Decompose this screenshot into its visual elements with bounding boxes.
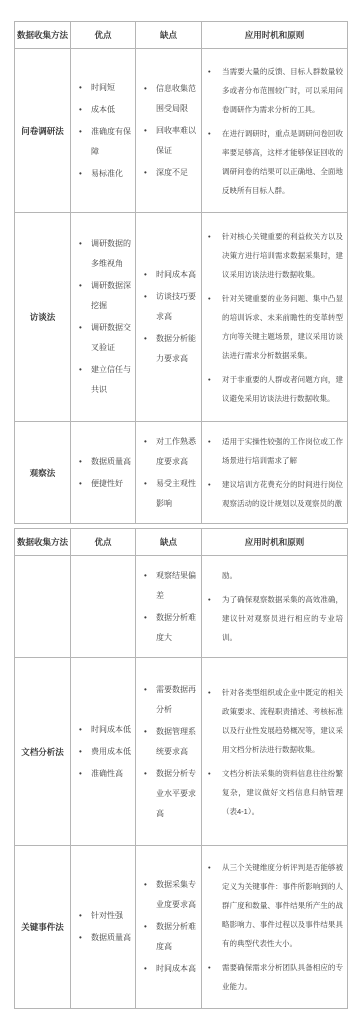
- con-text: 数据采集专业度要求高: [156, 875, 198, 915]
- notes-cell: •针对核心关键重要的利益攸关方以及决策方进行培训需求数据采集时，建议采用访谈法进…: [202, 213, 348, 422]
- table2-header-row: 数据收集方法 优点 缺点 应用时机和原则: [15, 529, 348, 556]
- pros-cell: •调研数据的多维视角 •调研数据深挖掘 •调研数据交叉验证 •建立信任与共识: [71, 213, 136, 422]
- con-text: 数据分析专业水平要求高: [156, 764, 198, 824]
- note-text: 适用于实操性较强的工作岗位或工作场景进行培训需求了解: [222, 432, 343, 470]
- table-row-observation-continued: •观察结果偏差 •数据分析难度大 励。 •为了确保观察数据采集的高效准确，建议针…: [15, 556, 348, 658]
- note-item: •针对关键重要的业务问题、集中凸显的培训诉求、未来前瞻性的变革转型方向等关键主题…: [208, 289, 343, 365]
- cons-cell: •需要数据再分析 •数据管理系统要求高 •数据分析专业水平要求高: [136, 658, 202, 846]
- bullet-icon: •: [79, 78, 91, 98]
- bullet-icon: •: [79, 318, 91, 338]
- table-row-interview-method: 访谈法 •调研数据的多维视角 •调研数据深挖掘 •调研数据交叉验证 •建立信任与…: [15, 213, 348, 422]
- cons-cell: •时间成本高 •访谈技巧要求高 •数据分析能力要求高: [136, 213, 202, 422]
- method-name: 问卷调研法: [21, 126, 64, 136]
- bullet-icon: •: [208, 432, 222, 451]
- pro-text: 建立信任与共识: [91, 360, 132, 400]
- bullet-icon: •: [208, 590, 222, 609]
- bullet-icon: •: [79, 928, 91, 948]
- cons-cell: •信息收集范围受局限 •回收率难以保证 •深度不足: [136, 49, 202, 213]
- list-item: •数据分析专业水平要求高: [144, 764, 198, 824]
- con-text: 信息收集范围受局限: [156, 79, 198, 119]
- note-item: •为了确保观察数据采集的高效准确，建议针对观察员进行相应的专业培训。: [208, 590, 343, 647]
- list-item: •准确度有保障: [79, 122, 132, 162]
- list-item: •回收率难以保证: [144, 121, 198, 161]
- list-item: •调研数据交叉验证: [79, 318, 132, 358]
- cons-cell: •对工作熟悉度要求高 •易受主观性影响: [136, 422, 202, 524]
- bullet-icon: •: [208, 475, 222, 494]
- bullet-icon: •: [208, 289, 222, 308]
- notes-cell: •针对各类型组织或企业中既定的相关政策要求、流程职责描述、考核标准以及行业性发展…: [202, 658, 348, 846]
- method-cell: 关键事件法: [15, 846, 71, 1009]
- list-item: •易受主观性影响: [144, 474, 198, 514]
- note-continuation: 励。: [208, 566, 343, 585]
- method-name: 观察法: [30, 468, 56, 478]
- bullet-icon: •: [144, 680, 156, 700]
- bullet-icon: •: [144, 474, 156, 494]
- note-text: 文档分析法采集的资料信息往往纷繁复杂，建议做好文档信息归纳管理（表4-1）。: [222, 764, 343, 821]
- bullet-icon: •: [144, 722, 156, 742]
- header-method: 数据收集方法: [15, 22, 71, 49]
- note-item: •当需要大量的反馈、目标人群数量较多或者分布范围较广时，可以采用问卷调研作为需求…: [208, 62, 343, 119]
- list-item: •准确性高: [79, 764, 132, 784]
- bullet-icon: •: [79, 764, 91, 784]
- list-item: •数据质量高: [79, 928, 132, 948]
- table-row-observation-method: 观察法 •数据质量高 •便捷性好 •对工作熟悉度要求高 •易受主观性影响 •适用…: [15, 422, 348, 524]
- list-item: •观察结果偏差: [144, 566, 198, 606]
- note-text: 针对核心关键重要的利益攸关方以及决策方进行培训需求数据采集时，建议采用访谈法进行…: [222, 227, 343, 284]
- pros-cell: •时间短 •成本低 •准确度有保障 •易标准化: [71, 49, 136, 213]
- note-text: 建议培训方花费充分的时间进行岗位观察活动的设计规划以及观察员的激: [222, 475, 343, 513]
- list-item: •访谈技巧要求高: [144, 287, 198, 327]
- list-item: •调研数据的多维视角: [79, 234, 132, 274]
- note-item: •在进行调研时，重点是调研问卷回收率要足够高，这样才能够保证回收的调研问卷的结果…: [208, 124, 343, 200]
- method-cell: 访谈法: [15, 213, 71, 422]
- bullet-icon: •: [208, 370, 222, 389]
- note-text: 励。: [222, 566, 343, 585]
- bullet-icon: •: [144, 959, 156, 979]
- list-item: •数据管理系统要求高: [144, 722, 198, 762]
- con-text: 回收率难以保证: [156, 121, 198, 161]
- note-text: 在进行调研时，重点是调研问卷回收率要足够高，这样才能够保证回收的调研问卷的结果可…: [222, 124, 343, 200]
- bullet-icon: •: [208, 858, 222, 877]
- bullet-icon: •: [144, 79, 156, 99]
- pro-text: 数据质量高: [91, 928, 132, 948]
- pros-cell: •针对性强 •数据质量高: [71, 846, 136, 1009]
- table-row-document-analysis-method: 文档分析法 •时间成本低 •费用成本低 •准确性高 •需要数据再分析 •数据管理…: [15, 658, 348, 846]
- pros-cell: •数据质量高 •便捷性好: [71, 422, 136, 524]
- pro-text: 便捷性好: [91, 474, 132, 494]
- bullet-icon: •: [79, 742, 91, 762]
- bullet-icon: •: [79, 100, 91, 120]
- con-text: 数据分析难度大: [156, 608, 198, 648]
- list-item: •费用成本低: [79, 742, 132, 762]
- bullet-icon: •: [144, 329, 156, 349]
- pro-text: 准确性高: [91, 764, 132, 784]
- pro-text: 成本低: [91, 100, 132, 120]
- list-item: •针对性强: [79, 906, 132, 926]
- header-cons: 缺点: [136, 529, 202, 556]
- document-page: 数据收集方法 优点 缺点 应用时机和原则 问卷调研法 •时间短 •成本低 •准确…: [0, 0, 361, 1009]
- note-text: 为了确保观察数据采集的高效准确，建议针对观察员进行相应的专业培训。: [222, 590, 343, 647]
- pro-text: 针对性强: [91, 906, 132, 926]
- note-item: •文档分析法采集的资料信息往往纷繁复杂，建议做好文档信息归纳管理（表4-1）。: [208, 764, 343, 821]
- header-method: 数据收集方法: [15, 529, 71, 556]
- bullet-icon: •: [208, 683, 222, 702]
- bullet-icon: •: [144, 608, 156, 628]
- bullet-icon: •: [144, 432, 156, 452]
- con-text: 需要数据再分析: [156, 680, 198, 720]
- bullet-icon: •: [144, 287, 156, 307]
- method-name: 访谈法: [30, 312, 56, 322]
- con-text: 深度不足: [156, 163, 198, 183]
- con-text: 对工作熟悉度要求高: [156, 432, 198, 472]
- bullet-icon: •: [208, 62, 222, 81]
- note-text: 当需要大量的反馈、目标人群数量较多或者分布范围较广时，可以采用问卷调研作为需求分…: [222, 62, 343, 119]
- data-collection-methods-table-2: 数据收集方法 优点 缺点 应用时机和原则 •观察结果偏差 •数据分析难度大 励。…: [14, 528, 348, 1009]
- bullet-icon: •: [79, 474, 91, 494]
- bullet-icon: •: [79, 906, 91, 926]
- bullet-icon: •: [144, 163, 156, 183]
- bullet-icon: •: [144, 566, 156, 586]
- con-text: 时间成本高: [156, 265, 198, 285]
- note-text: 针对各类型组织或企业中既定的相关政策要求、流程职责描述、考核标准以及行业性发展趋…: [222, 683, 343, 759]
- bullet-icon: •: [208, 958, 222, 977]
- note-item: •从三个关键维度分析评判是否能够被定义为关键事件：事件所影响到的人群广度和数量、…: [208, 858, 343, 953]
- bullet-icon: •: [79, 234, 91, 254]
- list-item: •建立信任与共识: [79, 360, 132, 400]
- bullet-icon: •: [79, 720, 91, 740]
- con-text: 访谈技巧要求高: [156, 287, 198, 327]
- pros-cell: •时间成本低 •费用成本低 •准确性高: [71, 658, 136, 846]
- bullet-icon: •: [208, 124, 222, 143]
- list-item: •时间成本高: [144, 265, 198, 285]
- con-text: 时间成本高: [156, 959, 198, 979]
- cons-cell: •观察结果偏差 •数据分析难度大: [136, 556, 202, 658]
- list-item: •信息收集范围受局限: [144, 79, 198, 119]
- header-cons: 缺点: [136, 22, 202, 49]
- notes-cell: •适用于实操性较强的工作岗位或工作场景进行培训需求了解 •建议培训方花费充分的时…: [202, 422, 348, 524]
- list-item: •时间成本低: [79, 720, 132, 740]
- list-item: •数据分析能力要求高: [144, 329, 198, 369]
- note-text: 对于非重要的人群或者问题方向，建议避免采用访谈法进行数据收集。: [222, 370, 343, 408]
- list-item: •时间成本高: [144, 959, 198, 979]
- note-text: 针对关键重要的业务问题、集中凸显的培训诉求、未来前瞻性的变革转型方向等关键主题场…: [222, 289, 343, 365]
- note-item: •适用于实操性较强的工作岗位或工作场景进行培训需求了解: [208, 432, 343, 470]
- bullet-icon: •: [208, 764, 222, 783]
- note-text: 需要确保需求分析团队具备相应的专业能力。: [222, 958, 343, 996]
- pro-text: 时间短: [91, 78, 132, 98]
- bullet-icon: •: [79, 276, 91, 296]
- table1-header-row: 数据收集方法 优点 缺点 应用时机和原则: [15, 22, 348, 49]
- header-notes: 应用时机和原则: [202, 22, 348, 49]
- list-item: •对工作熟悉度要求高: [144, 432, 198, 472]
- table-row-survey-method: 问卷调研法 •时间短 •成本低 •准确度有保障 •易标准化 •信息收集范围受局限…: [15, 49, 348, 213]
- bullet-icon: •: [144, 917, 156, 937]
- method-name: 关键事件法: [21, 922, 64, 932]
- pro-text: 调研数据的多维视角: [91, 234, 132, 274]
- bullet-icon: •: [79, 452, 91, 472]
- pro-text: 准确度有保障: [91, 122, 132, 162]
- note-item: •建议培训方花费充分的时间进行岗位观察活动的设计规划以及观察员的激: [208, 475, 343, 513]
- con-text: 数据管理系统要求高: [156, 722, 198, 762]
- list-item: •调研数据深挖掘: [79, 276, 132, 316]
- note-item: •针对各类型组织或企业中既定的相关政策要求、流程职责描述、考核标准以及行业性发展…: [208, 683, 343, 759]
- bullet-icon: •: [79, 164, 91, 184]
- list-item: •数据质量高: [79, 452, 132, 472]
- bullet-icon: •: [144, 875, 156, 895]
- bullet-icon: •: [79, 360, 91, 380]
- table-row-critical-incident-method: 关键事件法 •针对性强 •数据质量高 •数据采集专业度要求高 •数据分析难度高 …: [15, 846, 348, 1009]
- method-cell: 文档分析法: [15, 658, 71, 846]
- list-item: •易标准化: [79, 164, 132, 184]
- pros-cell: [71, 556, 136, 658]
- header-pros: 优点: [71, 22, 136, 49]
- con-text: 数据分析难度高: [156, 917, 198, 957]
- header-notes: 应用时机和原则: [202, 529, 348, 556]
- method-cell: 观察法: [15, 422, 71, 524]
- list-item: •需要数据再分析: [144, 680, 198, 720]
- list-item: •时间短: [79, 78, 132, 98]
- pro-text: 易标准化: [91, 164, 132, 184]
- pro-text: 数据质量高: [91, 452, 132, 472]
- pro-text: 调研数据交叉验证: [91, 318, 132, 358]
- notes-cell: •从三个关键维度分析评判是否能够被定义为关键事件：事件所影响到的人群广度和数量、…: [202, 846, 348, 1009]
- bullet-icon: •: [208, 227, 222, 246]
- notes-cell: 励。 •为了确保观察数据采集的高效准确，建议针对观察员进行相应的专业培训。: [202, 556, 348, 658]
- data-collection-methods-table-1: 数据收集方法 优点 缺点 应用时机和原则 问卷调研法 •时间短 •成本低 •准确…: [14, 21, 348, 524]
- con-text: 数据分析能力要求高: [156, 329, 198, 369]
- list-item: •数据分析难度高: [144, 917, 198, 957]
- note-item: •需要确保需求分析团队具备相应的专业能力。: [208, 958, 343, 996]
- bullet-icon: •: [144, 265, 156, 285]
- cons-cell: •数据采集专业度要求高 •数据分析难度高 •时间成本高: [136, 846, 202, 1009]
- header-pros: 优点: [71, 529, 136, 556]
- pro-text: 调研数据深挖掘: [91, 276, 132, 316]
- method-cell: [15, 556, 71, 658]
- con-text: 易受主观性影响: [156, 474, 198, 514]
- note-text: 从三个关键维度分析评判是否能够被定义为关键事件：事件所影响到的人群广度和数量、事…: [222, 858, 343, 953]
- list-item: •数据分析难度大: [144, 608, 198, 648]
- pro-text: 时间成本低: [91, 720, 132, 740]
- con-text: 观察结果偏差: [156, 566, 198, 606]
- bullet-icon: •: [79, 122, 91, 142]
- method-cell: 问卷调研法: [15, 49, 71, 213]
- bullet-icon: •: [144, 764, 156, 784]
- method-name: 文档分析法: [21, 747, 64, 757]
- note-item: •针对核心关键重要的利益攸关方以及决策方进行培训需求数据采集时，建议采用访谈法进…: [208, 227, 343, 284]
- note-item: •对于非重要的人群或者问题方向，建议避免采用访谈法进行数据收集。: [208, 370, 343, 408]
- list-item: •数据采集专业度要求高: [144, 875, 198, 915]
- list-item: •成本低: [79, 100, 132, 120]
- bullet-icon: •: [144, 121, 156, 141]
- list-item: •深度不足: [144, 163, 198, 183]
- pro-text: 费用成本低: [91, 742, 132, 762]
- list-item: •便捷性好: [79, 474, 132, 494]
- notes-cell: •当需要大量的反馈、目标人群数量较多或者分布范围较广时，可以采用问卷调研作为需求…: [202, 49, 348, 213]
